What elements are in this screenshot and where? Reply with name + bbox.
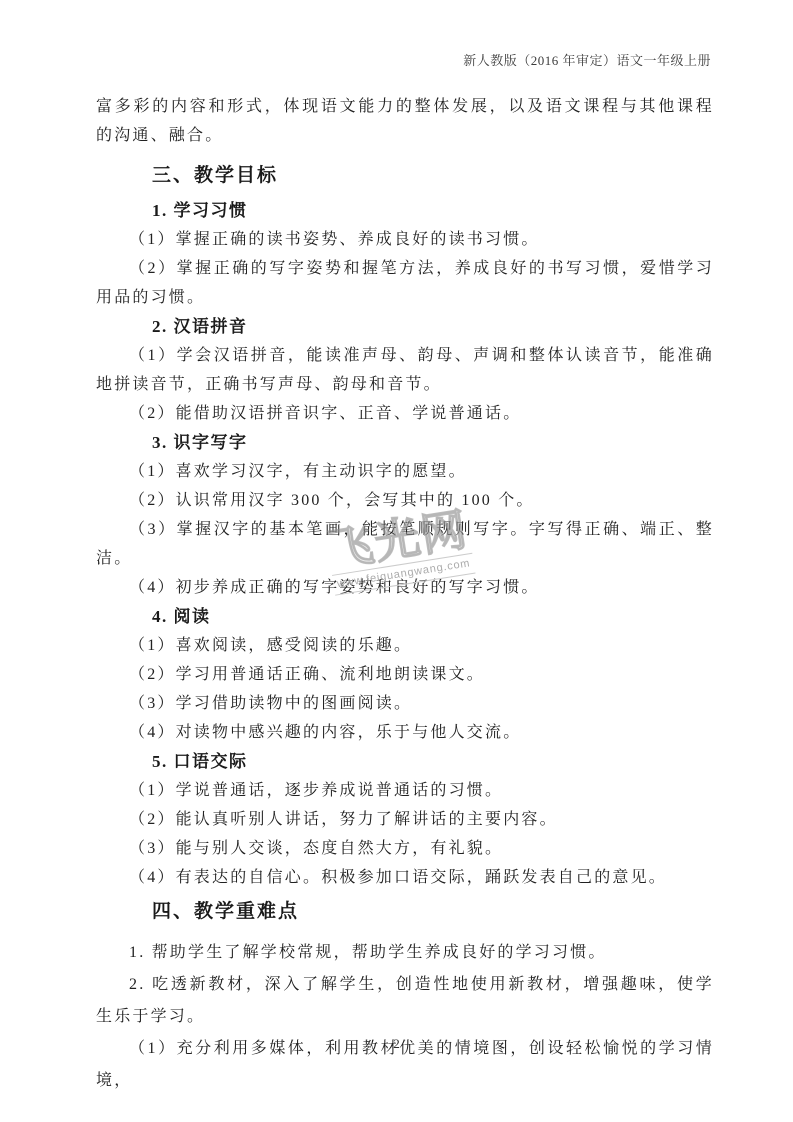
subsection-heading-pinyin: 2. 汉语拼音 <box>152 312 714 341</box>
page-number: 2 <box>0 1036 793 1052</box>
section-heading-teaching-goals: 三、教学目标 <box>152 162 714 189</box>
paragraph-continuation: 富多彩的内容和形式，体现语文能力的整体发展，以及语文课程与其他课程的沟通、融合。 <box>96 92 714 150</box>
body-paragraph: （2）认识常用汉字 300 个，会写其中的 100 个。 <box>96 486 714 515</box>
body-paragraph: （3）能与别人交谈，态度自然大方，有礼貌。 <box>96 834 714 863</box>
document-body: 富多彩的内容和形式，体现语文能力的整体发展，以及语文课程与其他课程的沟通、融合。… <box>0 0 793 1097</box>
subsection-heading-study-habits: 1. 学习习惯 <box>152 196 714 225</box>
body-paragraph: 2. 吃透新教材，深入了解学生，创造性地使用新教材，增强趣味，使学生乐于学习。 <box>96 969 714 1033</box>
body-paragraph: （4）初步养成正确的写字姿势和良好的写字习惯。 <box>96 573 714 602</box>
body-paragraph: （1）喜欢学习汉字，有主动识字的愿望。 <box>96 457 714 486</box>
body-paragraph: 1. 帮助学生了解学校常规，帮助学生养成良好的学习习惯。 <box>96 937 714 969</box>
body-paragraph: （1）学会汉语拼音，能读准声母、韵母、声调和整体认读音节，能准确地拼读音节，正确… <box>96 341 714 399</box>
body-paragraph: （4）有表达的自信心。积极参加口语交际，踊跃发表自己的意见。 <box>96 863 714 892</box>
body-paragraph: （2）能认真听别人讲话，努力了解讲话的主要内容。 <box>96 805 714 834</box>
body-paragraph: （1）掌握正确的读书姿势、养成良好的读书习惯。 <box>96 225 714 254</box>
subsection-heading-oral-communication: 5. 口语交际 <box>152 747 714 776</box>
body-paragraph: （1）喜欢阅读，感受阅读的乐趣。 <box>96 631 714 660</box>
body-paragraph: （2）掌握正确的写字姿势和握笔方法，养成良好的书写习惯，爱惜学习用品的习惯。 <box>96 254 714 312</box>
body-paragraph: （1）学说普通话，逐步养成说普通话的习惯。 <box>96 776 714 805</box>
document-page: 新人教版（2016 年审定）语文一年级上册 富多彩的内容和形式，体现语文能力的整… <box>0 0 793 1122</box>
subsection-heading-literacy-writing: 3. 识字写字 <box>152 428 714 457</box>
section-heading-key-difficulties: 四、教学重难点 <box>152 898 714 925</box>
body-paragraph: （3）掌握汉字的基本笔画，能按笔顺规则写字。字写得正确、端正、整洁。 <box>96 515 714 573</box>
body-paragraph: （2）学习用普通话正确、流利地朗读课文。 <box>96 660 714 689</box>
subsection-heading-reading: 4. 阅读 <box>152 602 714 631</box>
body-paragraph: （3）学习借助读物中的图画阅读。 <box>96 689 714 718</box>
body-paragraph: （2）能借助汉语拼音识字、正音、学说普通话。 <box>96 399 714 428</box>
body-paragraph: （4）对读物中感兴趣的内容，乐于与他人交流。 <box>96 718 714 747</box>
